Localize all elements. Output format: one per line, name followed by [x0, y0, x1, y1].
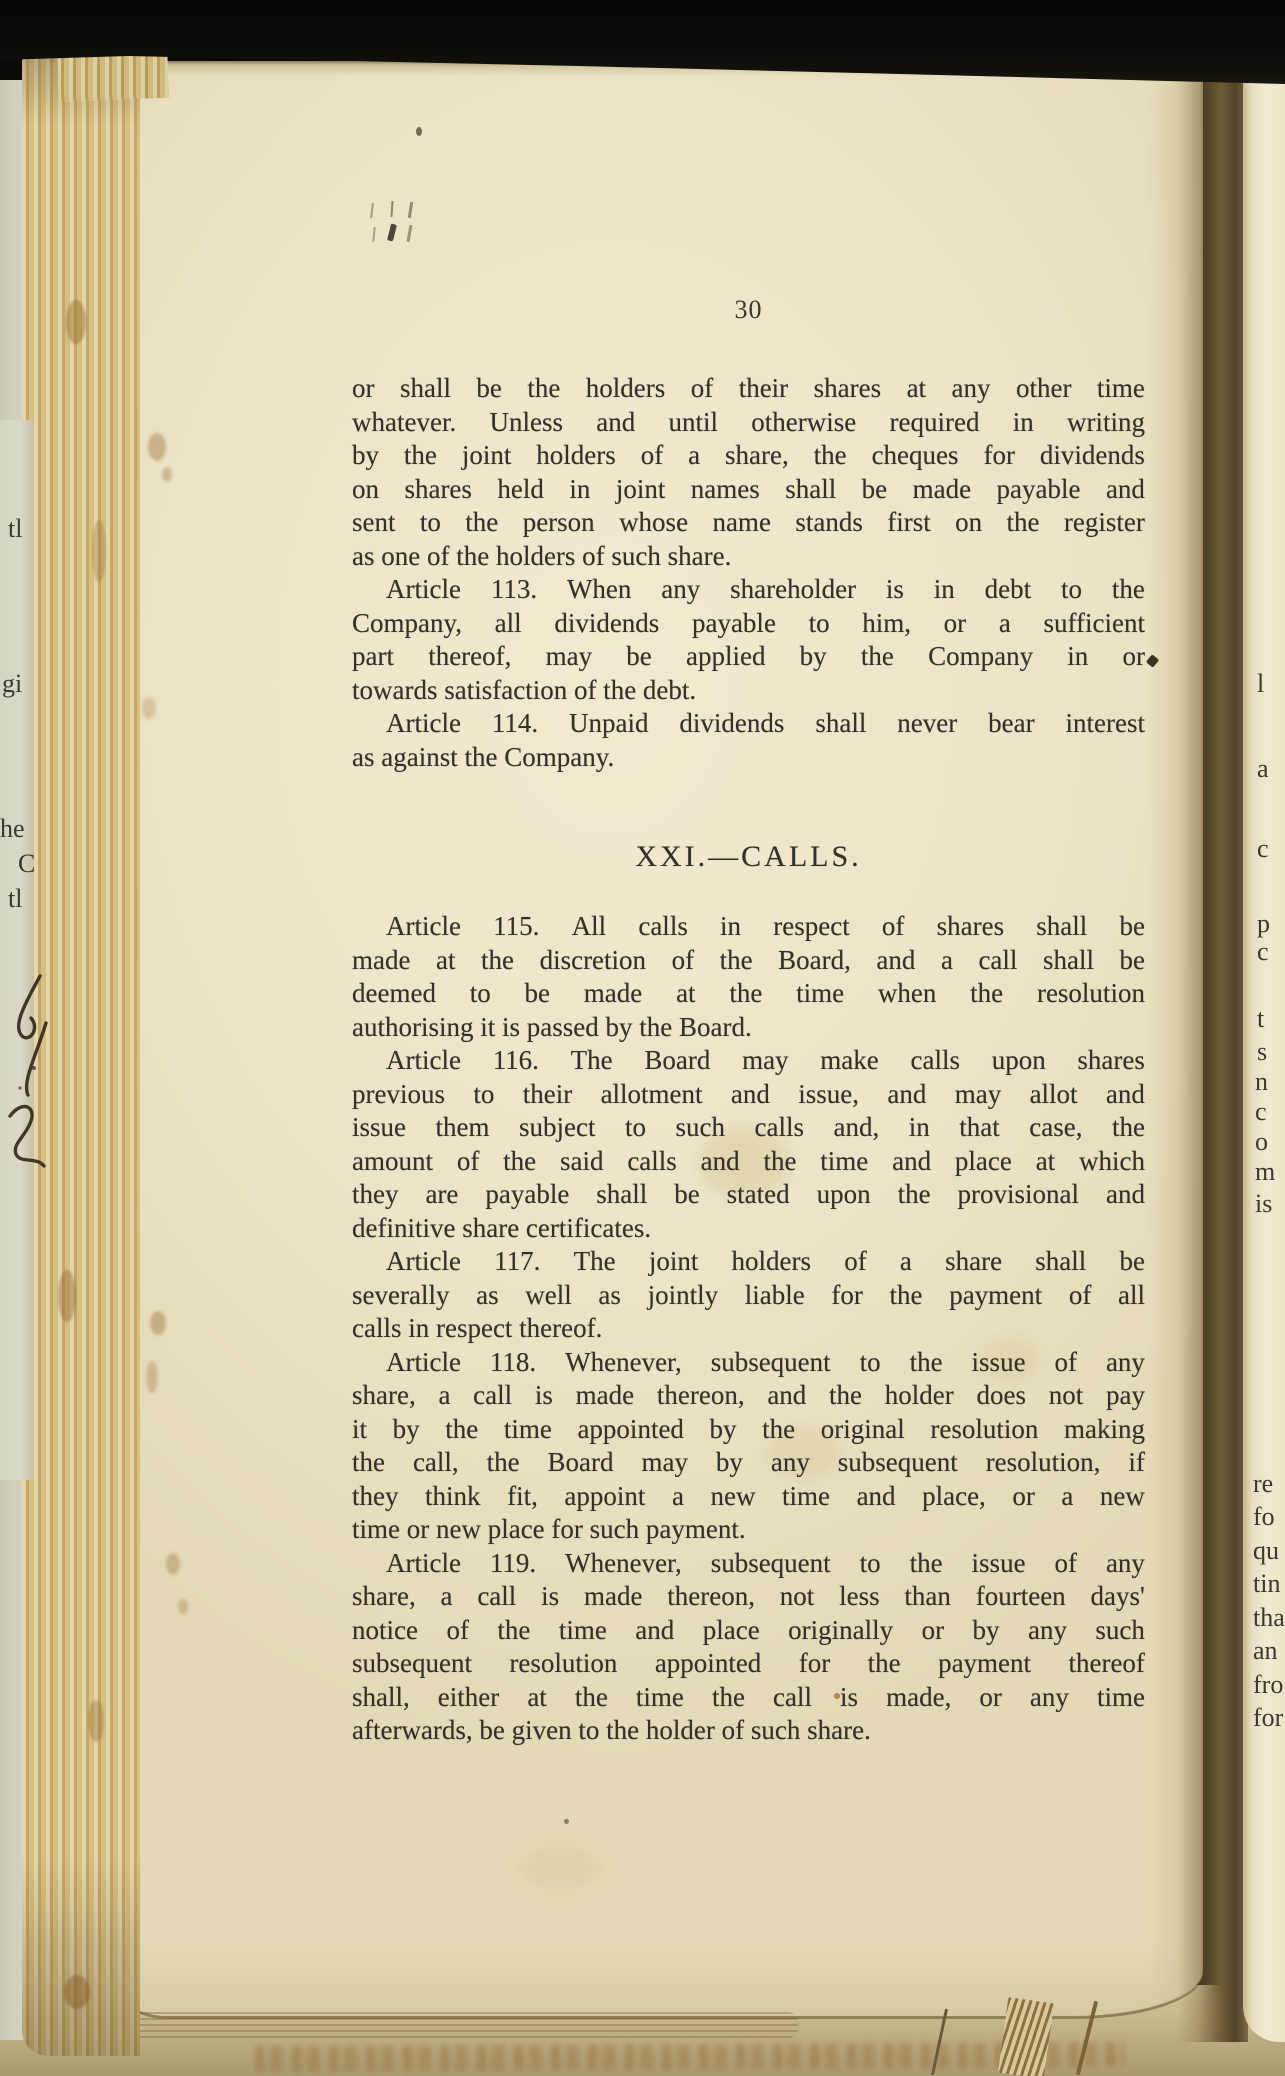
- ink-speck: [416, 127, 422, 136]
- text-column: orshallbetheholdersoftheirsharesatanyoth…: [352, 372, 1145, 1748]
- ink-mark: [387, 224, 397, 242]
- previous-page-sliver: tlgiheCtl: [0, 420, 34, 1480]
- left-edge-text-fragment: tl: [8, 515, 22, 543]
- foxing-spot: [142, 697, 156, 719]
- text-line: Article113.Whenanyshareholderisindebttot…: [352, 573, 1145, 607]
- text-line: Article116.TheBoardmaymakecallsuponshare…: [352, 1044, 1145, 1078]
- right-edge-text-fragment: p: [1257, 910, 1270, 938]
- ink-mark: [407, 225, 413, 242]
- page-number: 30: [352, 295, 1145, 325]
- foxing-spot: [178, 1599, 188, 1614]
- text-line: subsequentresolutionappointedforthepayme…: [352, 1647, 1145, 1681]
- ink-mark: [370, 203, 374, 218]
- right-edge-text-fragment: c: [1257, 835, 1269, 863]
- foxing-spot: [148, 433, 166, 461]
- ink-speck: [564, 1819, 569, 1824]
- text-line: as against the Company.: [352, 741, 1145, 775]
- text-line: bythejointholdersofashare,thechequesford…: [352, 439, 1145, 473]
- right-edge-text-fragment: fo: [1253, 1503, 1275, 1531]
- foxing-spot: [150, 1311, 166, 1335]
- text-line: amountofthesaidcallsandthetimeandplaceat…: [352, 1145, 1145, 1179]
- left-edge-text-fragment: tl: [8, 885, 22, 913]
- foxing-blotch: [58, 1270, 76, 1322]
- foxing-spot: [146, 1361, 158, 1393]
- foxing-blotch: [88, 1700, 104, 1742]
- right-edge-text-fragment: an: [1253, 1637, 1278, 1665]
- right-edge-text-fragment: a: [1257, 755, 1269, 783]
- handwriting-ink-marks: [0, 968, 64, 1178]
- text-line: issuethemsubjecttosuchcallsand,inthatcas…: [352, 1111, 1145, 1145]
- right-edge-text-fragment: n: [1255, 1068, 1268, 1096]
- right-edge-text-fragment: for: [1253, 1704, 1283, 1732]
- right-edge-text-fragment: o: [1255, 1128, 1268, 1156]
- text-line: share,acallismadethereon,andtheholderdoe…: [352, 1379, 1145, 1413]
- text-line: as one of the holders of such share.: [352, 540, 1145, 574]
- spine-gutter-shadow: [1178, 52, 1248, 2042]
- right-edge-text-fragment: m: [1255, 1158, 1275, 1186]
- text-line: share,acallismadethereon,notlessthanfour…: [352, 1580, 1145, 1614]
- text-line: thecall,theBoardmaybyanysubsequentresolu…: [352, 1446, 1145, 1480]
- text-line: whatever.Unlessanduntilotherwiserequired…: [352, 406, 1145, 440]
- text-line: theythinkfit,appointanewtimeandplace,ora…: [352, 1480, 1145, 1514]
- text-line: shall,eitheratthetimethecallismade,orany…: [352, 1681, 1145, 1715]
- right-edge-text-fragment: qu: [1253, 1537, 1279, 1565]
- right-edge-text-fragment: l: [1257, 670, 1264, 698]
- text-line: Article117.Thejointholdersofashareshallb…: [352, 1245, 1145, 1279]
- right-edge-text-fragment: fro: [1253, 1671, 1283, 1699]
- right-edge-text-fragment: is: [1255, 1190, 1272, 1218]
- text-line: towards satisfaction of the debt.: [352, 674, 1145, 708]
- foxing-blotch: [64, 1975, 90, 2009]
- text-line: afterwards, be given to the holder of su…: [352, 1714, 1145, 1748]
- text-line: previoustotheirallotmentandissue,andmaya…: [352, 1078, 1145, 1112]
- left-edge-text-fragment: he: [0, 815, 25, 843]
- text-line: partthereof,maybeappliedbytheCompanyinor: [352, 640, 1145, 674]
- text-line: Article115.Allcallsinrespectofsharesshal…: [352, 910, 1145, 944]
- showthrough-text-smudge: [255, 2042, 1125, 2073]
- text-line: Company,alldividendspayabletohim,orasuff…: [352, 607, 1145, 641]
- section-heading: XXI.—CALLS.: [352, 838, 1145, 876]
- text-line: orshallbetheholdersoftheirsharesatanyoth…: [352, 372, 1145, 406]
- foxing-spot: [162, 467, 172, 482]
- text-line: Article118.Whenever,subsequenttotheissue…: [352, 1346, 1145, 1380]
- ink-mark: [372, 227, 376, 242]
- ink-mark: [408, 202, 413, 218]
- text-line: noticeofthetimeandplaceoriginallyorbyany…: [352, 1614, 1145, 1648]
- right-edge-text-fragment: c: [1257, 938, 1269, 966]
- ink-speck: [1146, 654, 1159, 667]
- text-line: severallyaswellasjointlyliableforthepaym…: [352, 1279, 1145, 1313]
- text-line: calls in respect thereof.: [352, 1312, 1145, 1346]
- facing-page-sliver: lacpctsncomisrefoqutinthaanfrofor: [1243, 70, 1285, 2042]
- text-line: madeatthediscretionoftheBoard,andacallsh…: [352, 944, 1145, 978]
- text-line: theyarepayableshallbestatedupontheprovis…: [352, 1178, 1145, 1212]
- right-edge-text-fragment: t: [1257, 1005, 1264, 1033]
- ink-mark: [390, 201, 393, 217]
- text-line: itbythetimeappointedbytheoriginalresolut…: [352, 1413, 1145, 1447]
- text-line: authorising it is passed by the Board.: [352, 1011, 1145, 1045]
- book-page: 30 orshallbetheholdersoftheirsharesatany…: [112, 61, 1203, 2016]
- right-edge-text-fragment: c: [1255, 1098, 1267, 1126]
- text-line: Article119.Whenever,subsequenttotheissue…: [352, 1547, 1145, 1581]
- foxing-spot: [166, 1553, 180, 1575]
- text-line: onsharesheldinjointnamesshallbemadepayab…: [352, 473, 1145, 507]
- right-edge-text-fragment: s: [1257, 1038, 1267, 1066]
- left-edge-text-fragment: C: [18, 850, 34, 878]
- text-line: definitive share certificates.: [352, 1212, 1145, 1246]
- right-edge-text-fragment: re: [1253, 1470, 1273, 1498]
- foxing-blotch: [92, 520, 106, 582]
- text-line: Article114.Unpaiddividendsshallneverbear…: [352, 707, 1145, 741]
- paper-stain: [518, 1847, 602, 1889]
- text-line: time or new place for such payment.: [352, 1513, 1145, 1547]
- book-scan: tlgiheCtl 30: [0, 0, 1285, 2076]
- text-line: deemedtobemadeatthetimewhentheresolution: [352, 977, 1145, 1011]
- right-edge-text-fragment: tha: [1253, 1604, 1285, 1632]
- foxing-blotch: [66, 300, 86, 344]
- right-edge-text-fragment: tin: [1253, 1570, 1280, 1598]
- left-edge-text-fragment: gi: [2, 670, 22, 698]
- bottom-page-edge-streaks: [108, 2012, 798, 2038]
- text-line: senttothepersonwhosenamestandsfirstonthe…: [352, 506, 1145, 540]
